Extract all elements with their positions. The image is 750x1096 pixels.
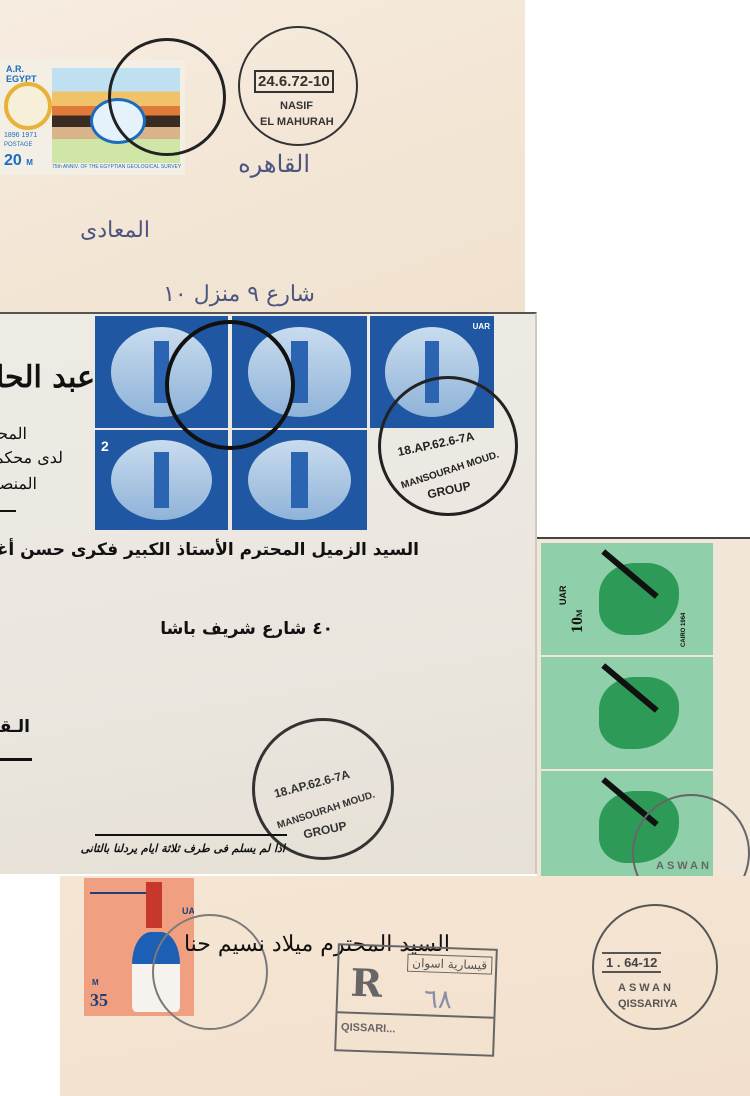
africa-map — [599, 677, 679, 749]
registration-label: R قيسارية اسوان ٦٨ QISSARI... — [334, 943, 498, 1057]
stamp-unit: M — [575, 609, 584, 617]
postmark-aswan-qissariya: 1 . 64-12 ASWAN QISSARIYA — [592, 904, 718, 1030]
postmark-nasif-el-mahurah: 24.6.72-10 NASIF EL MAHURAH — [238, 26, 358, 146]
stamp-value: 35 — [90, 990, 108, 1010]
postmark-line-2: EL MAHURAH — [260, 116, 334, 128]
stamp-year: 1964 — [681, 613, 687, 626]
congress-stamp — [541, 657, 713, 769]
sender-underline — [0, 510, 16, 512]
envelope-mansourah-1962: عبد الحليم عبد المحـ لدى محكمـ المنصـ UA… — [0, 312, 537, 874]
stamp-value: 20 — [4, 152, 22, 169]
registration-footer: QISSARI... — [341, 1021, 396, 1035]
stamp-value: 2 — [101, 438, 109, 454]
stamp-years: 1896 1971 — [4, 132, 37, 139]
stamp-value: 10 — [569, 617, 586, 633]
handwritten-city: القاهره — [238, 150, 310, 178]
postmark-line-1: NASIF — [280, 100, 313, 112]
postmark-line-2: QISSARIYA — [618, 998, 678, 1010]
stamp-label: POSTAGE — [4, 142, 33, 148]
stamp-country: UAR — [473, 322, 490, 331]
stamp-country: A.R. EGYPT — [6, 64, 50, 84]
stamp-unit: M — [92, 978, 99, 987]
sender-line-4: المنصـ — [0, 474, 37, 493]
stamp-caption: 75th ANNIV. OF THE EGYPTIAN GEOLOGICAL S… — [52, 164, 181, 170]
recipient-line-2: ٤٠ شارع شريف باشا — [160, 619, 333, 639]
stamp-country: UAR — [182, 904, 192, 918]
postmark-partial — [108, 38, 226, 156]
postmark-line-2: GROUP — [302, 819, 348, 842]
stamp-unit: M — [26, 158, 33, 167]
anniversary-emblem — [4, 82, 52, 130]
registration-letter: R — [350, 960, 383, 1006]
postmark-line-1: ASWAN — [656, 860, 712, 872]
postmark-date: 24.6.72-10 — [254, 70, 334, 93]
postmark-date: 1 . 64-12 — [602, 952, 661, 973]
sender-name: عبد الحليم عبد — [0, 360, 95, 395]
postmark-mansourah: 18.AP.62.6-7A MANSOURAH MOUD. GROUP — [378, 376, 518, 516]
recipient-underline — [0, 758, 32, 761]
registration-office: قيسارية اسوان — [407, 954, 492, 975]
postmark-line-1: ASWAN — [618, 982, 674, 994]
stamp-city: CAIRO — [681, 628, 687, 647]
postmark-line-2: GROUP — [426, 479, 472, 502]
return-note-rule — [95, 834, 287, 836]
recipient-line-1: السيد الزميل المحترم الأستاذ الكبير فكرى… — [0, 540, 419, 560]
envelope-registered-aswan: UAR 35 M السيد المحترم ميلاد نسيم حنا R … — [60, 876, 750, 1096]
envelope-cairo-1972: A.R. EGYPT 1896 1971 POSTAGE 20 M 75th A… — [0, 0, 525, 320]
africa-map — [599, 563, 679, 635]
recipient-line-3: الـقـ — [0, 717, 30, 737]
stamp-country: UAR — [558, 586, 568, 606]
envelope-aswan-congress: UAR 10M CAIRO 1964 ASWAN QISSARIYA — [537, 537, 750, 877]
sender-line-2: المحـ — [0, 424, 27, 443]
postmark-mansourah-cancel — [165, 320, 295, 450]
registration-divider — [337, 1011, 493, 1018]
postmark-date: 18.AP.62.6-7A — [273, 767, 352, 801]
sender-line-3: لدى محكمـ — [0, 448, 63, 467]
handwritten-district: المعادى — [80, 218, 150, 243]
handwritten-street: شارع ٩ منزل ١٠ — [163, 282, 315, 307]
postmark-mansourah-2: 18.AP.62.6-7A MANSOURAH MOUD. GROUP — [252, 718, 394, 860]
return-note: اذا لم يسلم فى طرف ثلاثة ايام يردلنا بال… — [81, 842, 285, 855]
congress-stamp: UAR 10M CAIRO 1964 — [541, 543, 713, 655]
postmark-date: 18.AP.62.6-7A — [396, 429, 475, 459]
queen-headdress — [146, 882, 162, 928]
registration-number: ٦٨ — [424, 984, 453, 1015]
